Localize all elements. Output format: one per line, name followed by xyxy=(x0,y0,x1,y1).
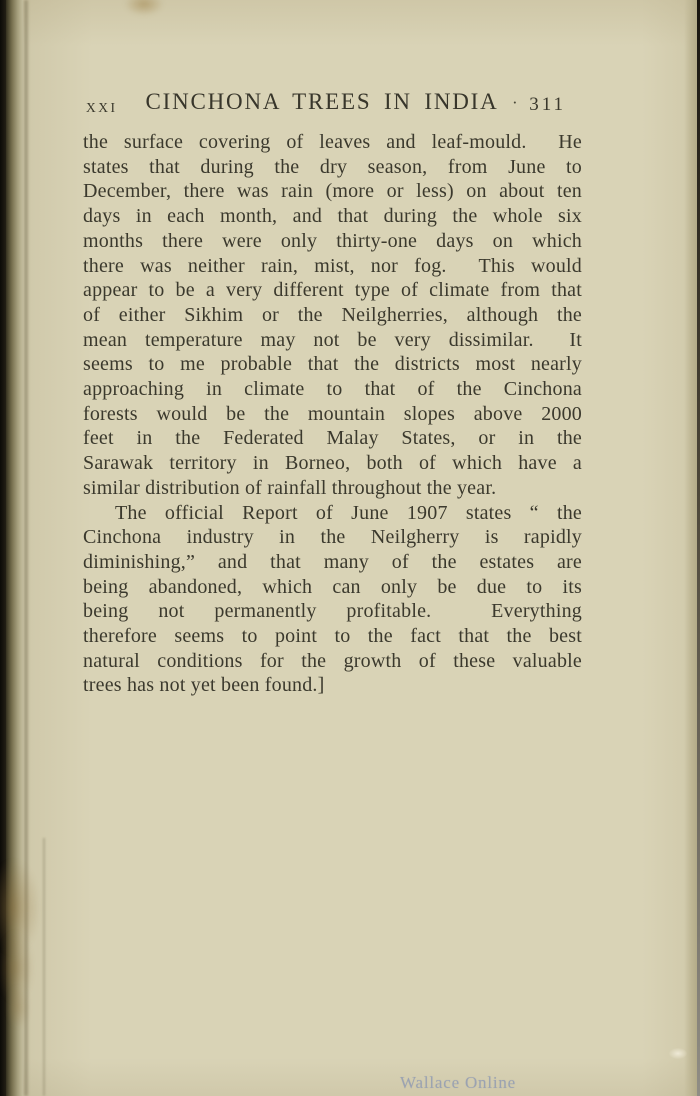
page-crease-lower xyxy=(43,838,45,1096)
text-line: forests would be the mountain slopes abo… xyxy=(83,402,582,427)
header-separator-dot: · xyxy=(512,93,518,113)
chapter-number: XXI xyxy=(86,100,118,116)
page-number: 311 xyxy=(529,94,566,116)
right-page-edges xyxy=(684,0,697,1096)
text-line: December, there was rain (more or less) … xyxy=(83,179,582,204)
paper-stain-top xyxy=(124,0,164,16)
text-line: therefore seems to point to the fact tha… xyxy=(83,624,582,649)
book-scan: XXI CINCHONA TREES IN INDIA · 311 the su… xyxy=(0,0,700,1096)
text-line: months there were only thirty-one days o… xyxy=(83,229,582,254)
text-line: diminishing,” and that many of the estat… xyxy=(83,550,582,575)
text-line: approaching in climate to that of the Ci… xyxy=(83,377,582,402)
text-line: being not permanently profitable. Everyt… xyxy=(83,599,582,624)
text-line: trees has not yet been found.] xyxy=(83,673,582,698)
text-line: Sarawak territory in Borneo, both of whi… xyxy=(83,451,582,476)
text-line: being abandoned, which can only be due t… xyxy=(83,575,582,600)
running-title: CINCHONA TREES IN INDIA xyxy=(145,89,498,115)
text-line: feet in the Federated Malay States, or i… xyxy=(83,426,582,451)
text-line: there was neither rain, mist, nor fog. T… xyxy=(83,254,582,279)
text-line: days in each month, and that during the … xyxy=(83,204,582,229)
watermark: Wallace Online xyxy=(400,1073,516,1093)
text-line: Cinchona industry in the Neilgherry is r… xyxy=(83,525,582,550)
text-line: appear to be a very different type of cl… xyxy=(83,278,582,303)
text-line: similar distribution of rainfall through… xyxy=(83,476,582,501)
text-line: the surface covering of leaves and leaf-… xyxy=(83,130,582,155)
text-line: natural conditions for the growth of the… xyxy=(83,649,582,674)
text-line: The official Report of June 1907 states … xyxy=(83,501,582,526)
body-text: the surface covering of leaves and leaf-… xyxy=(83,130,582,698)
paper-stain-left xyxy=(6,985,30,1029)
paper-defect-spot xyxy=(669,1048,687,1059)
text-line: of either Sikhim or the Neilgherries, al… xyxy=(83,303,582,328)
text-line: states that during the dry season, from … xyxy=(83,155,582,180)
text-line: seems to me probable that the districts … xyxy=(83,352,582,377)
text-line: mean temperature may not be very dissimi… xyxy=(83,328,582,353)
